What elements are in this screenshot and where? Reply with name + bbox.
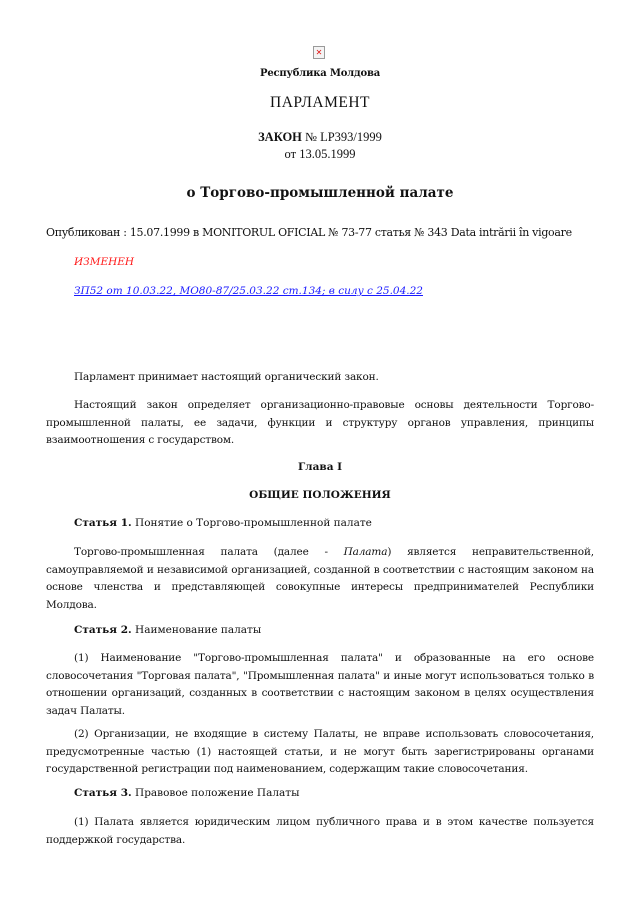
intro-paragraph-1: Парламент принимает настоящий органическ… [46, 369, 594, 387]
article-2-title: Наименование палаты [135, 624, 261, 636]
broken-image-icon: ✕ [313, 46, 325, 59]
republic-label: Республика Молдова [46, 68, 594, 79]
article-3-label: Статья 3. [74, 787, 132, 799]
publication-info: Опубликован : 15.07.1999 в MONITORUL OFI… [46, 226, 594, 239]
law-date: от 13.05.1999 [46, 147, 594, 162]
article-1-paragraph: Торгово-промышленная палата (далее - Пал… [46, 544, 594, 614]
chapter-title: ОБЩИЕ ПОЛОЖЕНИЯ [46, 489, 594, 501]
article-1-text-before: Торгово-промышленная палата (далее - [74, 546, 344, 558]
article-2-paragraph-2: (2) Организации, не входящие в систему П… [46, 726, 594, 779]
intro-paragraph-2: Настоящий закон определяет организационн… [46, 397, 594, 450]
article-1-title: Понятие о Торгово-промышленной палате [135, 517, 372, 529]
parliament-heading: ПАРЛАМЕНТ [46, 94, 594, 112]
article-1-label: Статья 1. [74, 517, 132, 529]
article-3-heading: Статья 3. Правовое положение Палаты [74, 787, 299, 799]
article-1-heading: Статья 1. Понятие о Торгово-промышленной… [74, 517, 372, 529]
law-number: ЗАКОН № LP393/1999 [46, 130, 594, 145]
article-3-title: Правовое положение Палаты [135, 787, 299, 799]
article-2-paragraph-1: (1) Наименование "Торгово-промышленная п… [46, 650, 594, 720]
amended-label: ИЗМЕНЕН [74, 256, 134, 268]
article-3-paragraph-1: (1) Палата является юридическим лицом пу… [46, 814, 594, 849]
article-1-defined-term: Палата [344, 546, 388, 558]
article-2-heading: Статья 2. Наименование палаты [74, 624, 261, 636]
article-2-label: Статья 2. [74, 624, 132, 636]
law-label: ЗАКОН [258, 130, 302, 144]
law-title: о Торгово-промышленной палате [46, 185, 594, 201]
law-number-value: № LP393/1999 [305, 130, 382, 144]
chapter-heading: Глава I [46, 461, 594, 473]
amendment-link[interactable]: ЗП52 от 10.03.22, МО80-87/25.03.22 ст.13… [74, 285, 423, 297]
